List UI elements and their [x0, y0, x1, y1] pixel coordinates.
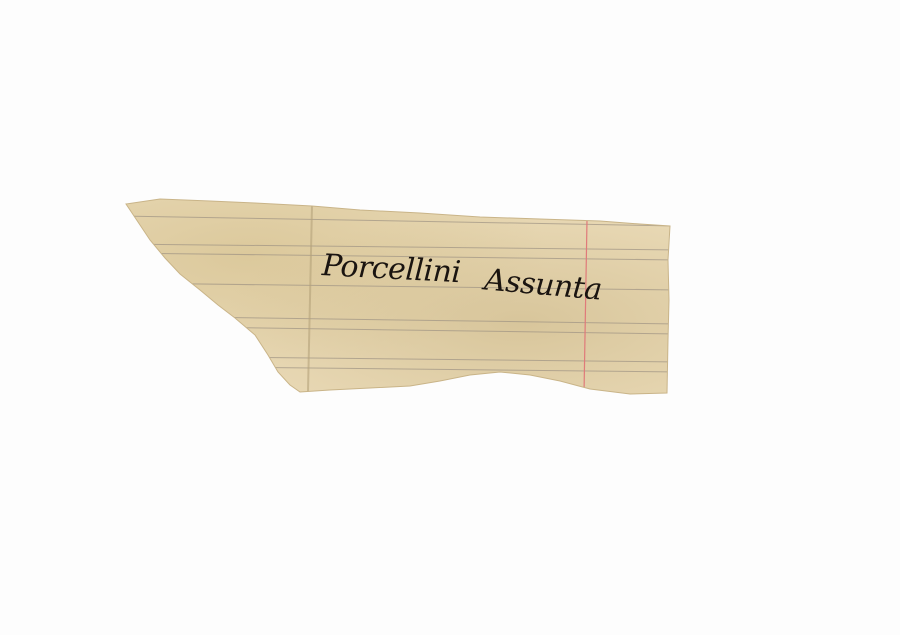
paper-scrap	[0, 0, 900, 635]
photo-scene: PorcelliniAssunta	[0, 0, 900, 635]
handwriting-first-word: Porcellini	[321, 248, 461, 290]
